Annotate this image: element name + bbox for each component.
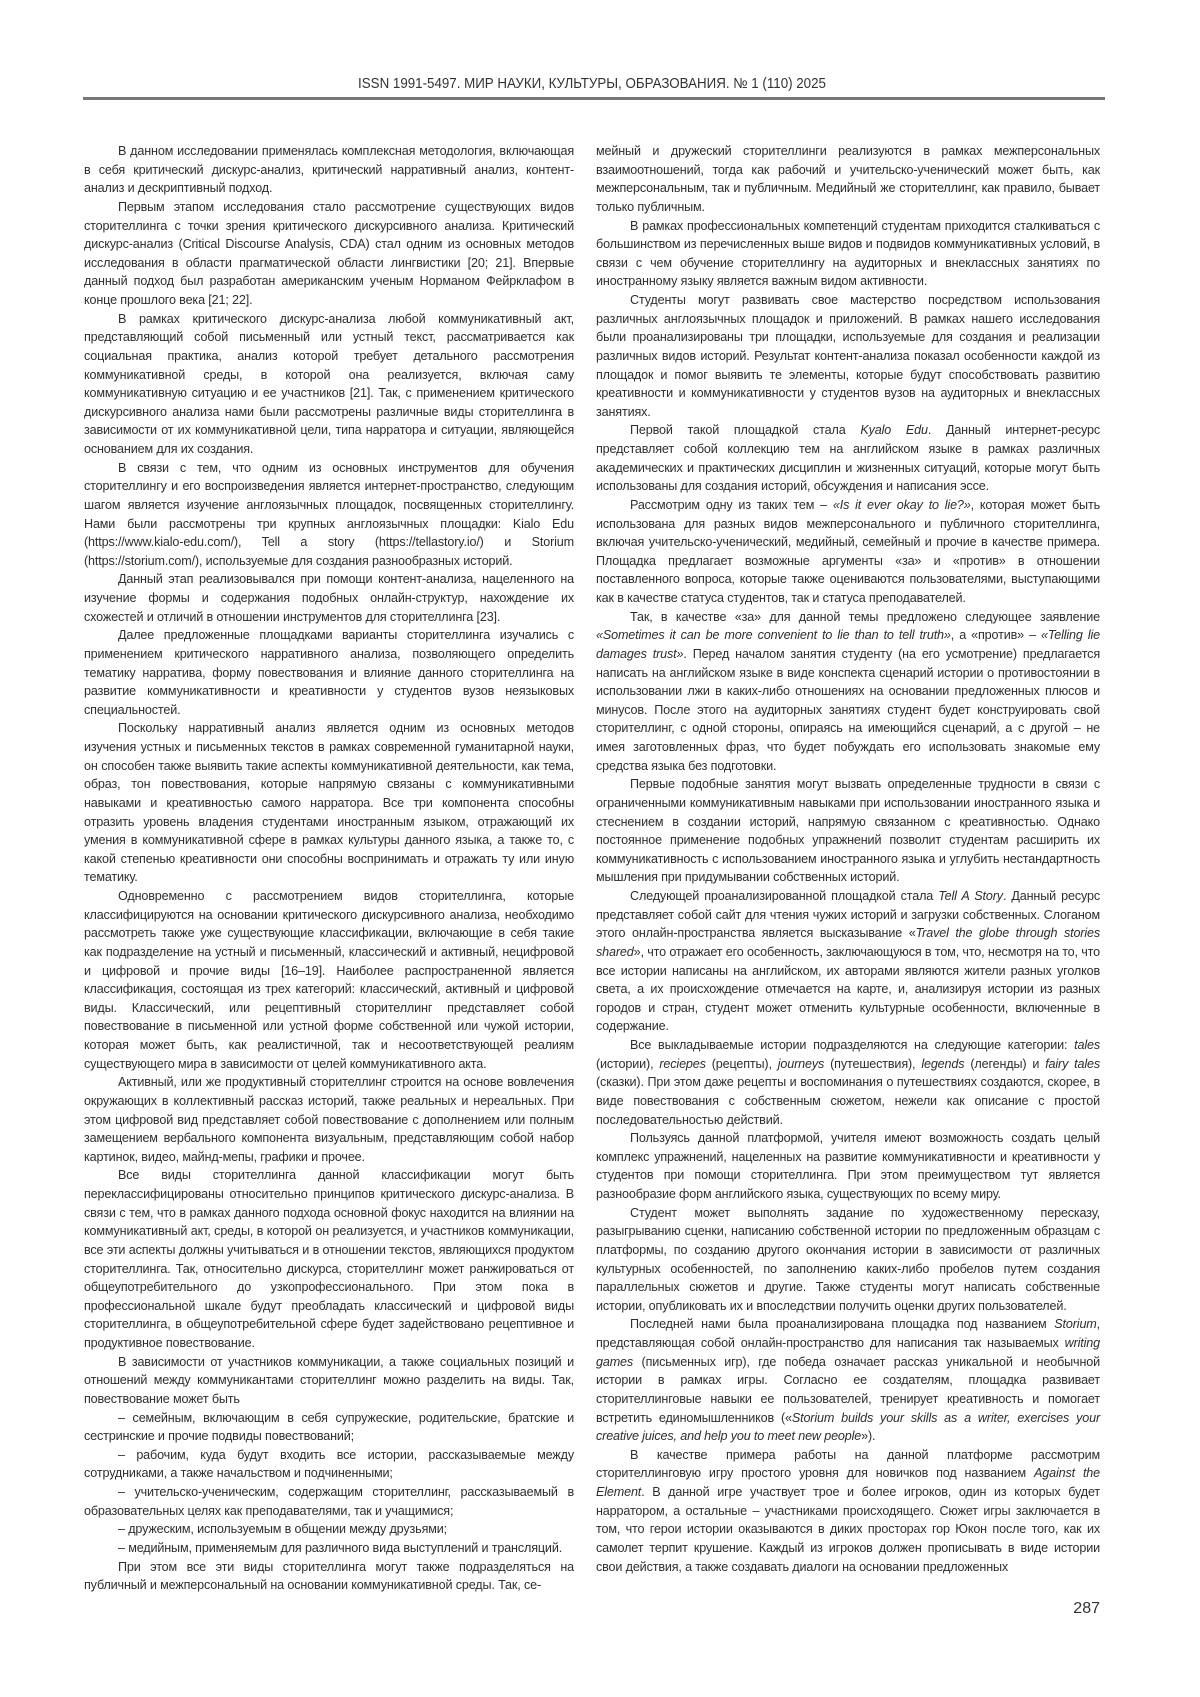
running-header: ISSN 1991-5497. МИР НАУКИ, КУЛЬТУРЫ, ОБР… [125, 76, 1060, 92]
paragraph-narrative-method: Поскольку нарративный анализ является од… [84, 719, 574, 887]
paragraph-kyalo-edu: Первой такой площадкой стала Kyalo Edu. … [596, 421, 1100, 496]
paragraph-teachers: Пользуясь данной платформой, учителя име… [596, 1129, 1100, 1204]
paragraph-classifications: Одновременно с рассмотрением видов стори… [84, 887, 574, 1073]
paragraph-public-interpersonal: При этом все эти виды сторителлинга могу… [84, 1558, 574, 1595]
paragraph-topic-example: Рассмотрим одну из таких тем – «Is it ev… [596, 496, 1100, 608]
paragraph-active-storytelling: Активный, или же продуктивный сторителли… [84, 1073, 574, 1166]
paragraph-participants: В зависимости от участников коммуникации… [84, 1353, 574, 1409]
platform-name-kyalo: Kyalo Edu [860, 423, 928, 437]
page-number: 287 [1073, 1600, 1100, 1618]
topic-quote: «Is it ever okay to lie?» [833, 498, 971, 512]
paragraph-methodology: В данном исследовании применялась компле… [84, 142, 574, 198]
paragraph-cda: В рамках критического дискурс-анализа лю… [84, 310, 574, 459]
paragraph-platforms: В связи с тем, что одним из основных инс… [84, 459, 574, 571]
paragraph-categories: Все выкладываемые истории подразделяются… [596, 1036, 1100, 1129]
paragraph-difficulties: Первые подобные занятия могут вызвать оп… [596, 775, 1100, 887]
list-item-media: – медийным, применяемым для различного в… [84, 1539, 574, 1558]
paragraph-competencies: В рамках профессиональных компетенций ст… [596, 217, 1100, 292]
paragraph-narrative-analysis: Далее предложенные площадками варианты с… [84, 626, 574, 719]
paragraph-storium: Последней нами была проанализирована пло… [596, 1315, 1100, 1445]
list-item-teacher-student: – учительско-ученическим, содержащим сто… [84, 1483, 574, 1520]
header-rule [83, 97, 1105, 100]
journal-page: ISSN 1991-5497. МИР НАУКИ, КУЛЬТУРЫ, ОБР… [0, 0, 1200, 1697]
paragraph-first-stage: Первым этапом исследования стало рассмот… [84, 198, 574, 310]
paragraph-pro-contra: Так, в качестве «за» для данной темы пре… [596, 608, 1100, 776]
paragraph-game-example: В качестве примера работы на данной плат… [596, 1446, 1100, 1576]
platform-name-tellastory: Tell A Story [938, 889, 1003, 903]
list-item-friendly: – дружеским, используемым в общении межд… [84, 1520, 574, 1539]
paragraph-content-analysis: Данный этап реализовывался при помощи ко… [84, 570, 574, 626]
paragraph-student-tasks: Студент может выполнять задание по худож… [596, 1204, 1100, 1316]
paragraph-tell-a-story: Следующей проанализированной площадкой с… [596, 887, 1100, 1036]
paragraph-reclassification: Все виды сторителлинга данной классифика… [84, 1166, 574, 1352]
pro-quote: «Sometimes it can be more convenient to … [596, 628, 951, 642]
platform-name-storium: Storium [1054, 1317, 1096, 1331]
list-item-family: – семейным, включающим в себя супружески… [84, 1409, 574, 1446]
paragraph-students-platforms: Студенты могут развивать свое мастерство… [596, 291, 1100, 421]
paragraph-continued: мейный и дружеский сторителлинги реализу… [596, 142, 1100, 217]
list-item-work: – рабочим, куда будут входить все истори… [84, 1446, 574, 1483]
right-column: мейный и дружеский сторителлинги реализу… [596, 142, 1100, 1576]
left-column: В данном исследовании применялась компле… [84, 142, 574, 1595]
